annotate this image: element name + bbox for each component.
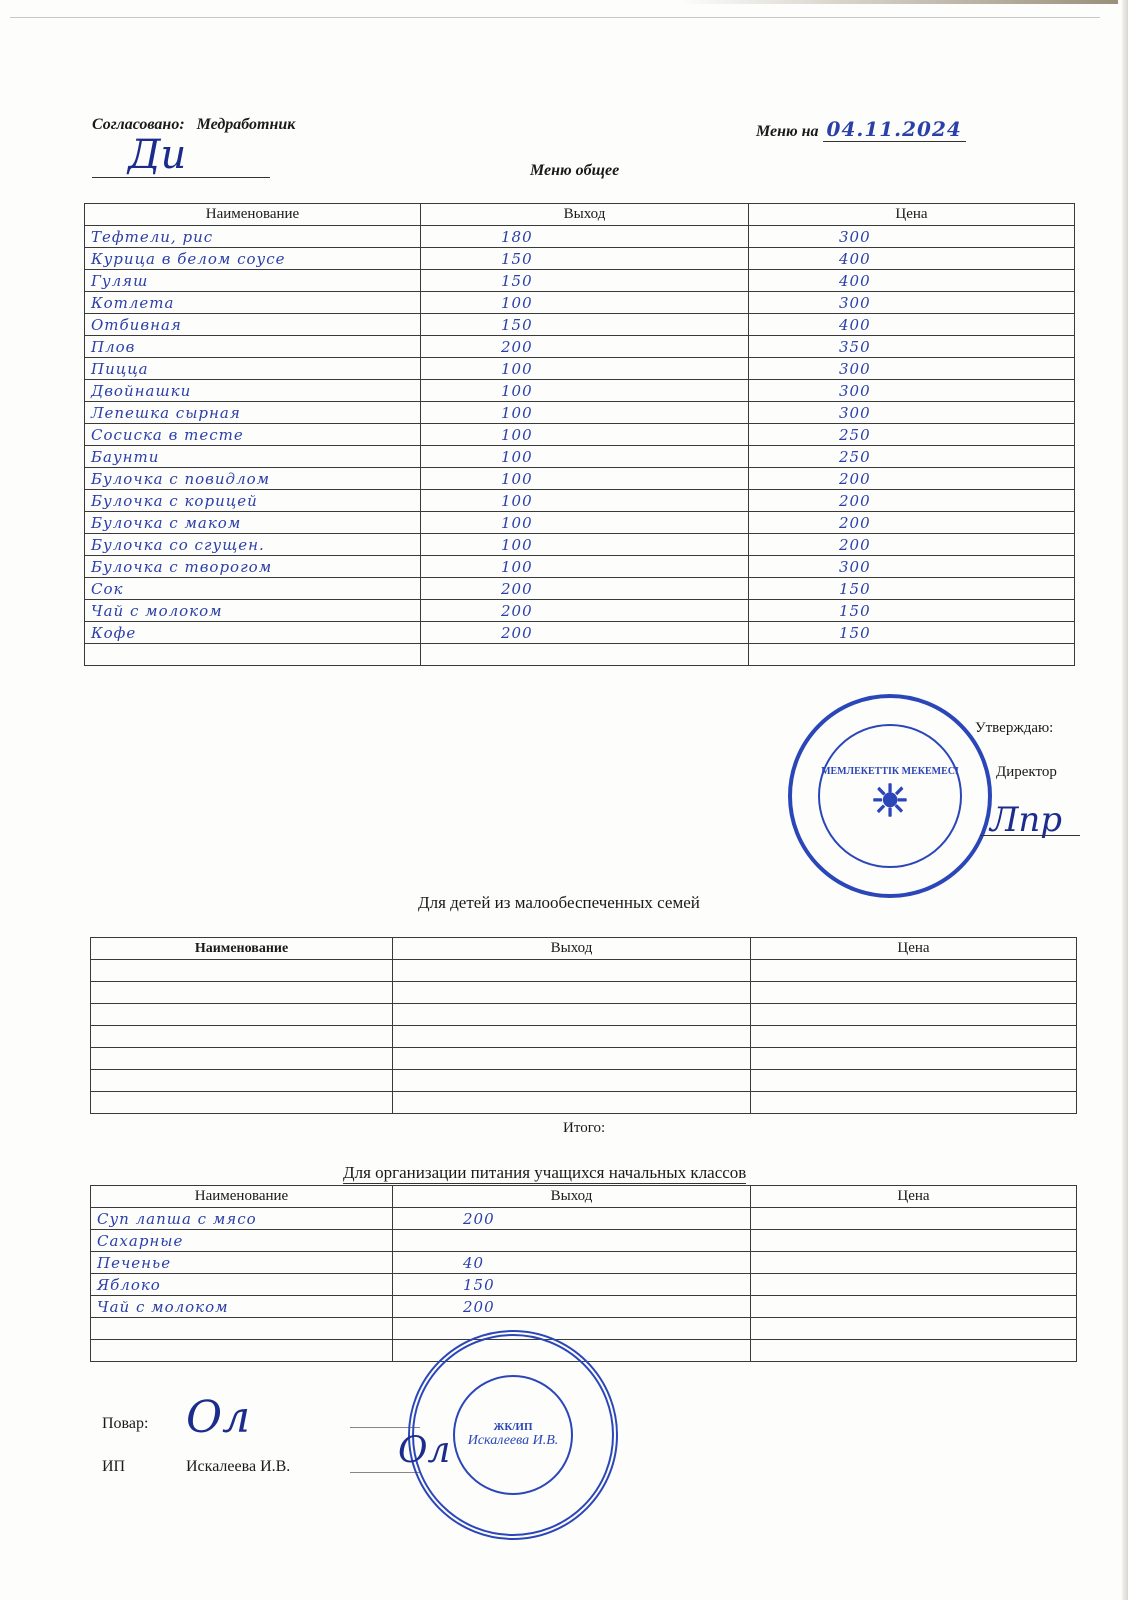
item-yield [393,1070,751,1092]
table-row: Булочка со сгущен.100200 [85,534,1075,556]
scan-edge [1122,0,1128,1600]
item-yield: 180 [421,226,749,248]
ip-label: ИП [102,1458,125,1476]
table-row [91,1048,1077,1070]
director-signature-line [980,835,1080,836]
item-price [751,1208,1077,1230]
item-yield: 100 [421,512,749,534]
item-yield: 100 [421,468,749,490]
table-row: Лепешка сырная100300 [85,402,1075,424]
table-row: Булочка с творогом100300 [85,556,1075,578]
item-yield: 200 [421,622,749,644]
menu-for-label: Меню на [756,123,819,140]
item-name [91,1318,393,1340]
item-price [751,1070,1077,1092]
item-yield: 100 [421,292,749,314]
item-yield: 100 [421,380,749,402]
item-yield [393,1318,751,1340]
table-row: Тефтели, рис180300 [85,226,1075,248]
item-name [85,644,421,666]
approved-label: Согласовано: [92,116,185,133]
item-name [91,1070,393,1092]
approved-role: Медработник [197,116,296,133]
table-row: Кофе200150 [85,622,1075,644]
item-yield: 100 [421,446,749,468]
table-row: Суп лапша с мясо200 [91,1208,1077,1230]
table-row [91,982,1077,1004]
item-name [91,1026,393,1048]
item-price: 200 [749,490,1075,512]
item-name: Булочка с маком [85,512,421,534]
item-yield [393,1026,751,1048]
general-menu-table: Наименование Выход Цена Тефтели, рис1803… [84,203,1075,666]
low-income-title: Для детей из малообеспеченных семей [418,893,700,913]
item-price: 300 [749,226,1075,248]
item-price [751,1274,1077,1296]
item-price [751,1296,1077,1318]
director-signature: Лпр [990,800,1062,840]
table-row: Курица в белом соусе150400 [85,248,1075,270]
item-name: Отбивная [85,314,421,336]
item-price: 400 [749,314,1075,336]
item-price: 200 [749,468,1075,490]
item-yield: 150 [393,1274,751,1296]
item-price: 400 [749,248,1075,270]
cook-signature-line-2 [350,1472,420,1473]
item-yield: 100 [421,534,749,556]
scan-shadow [678,0,1118,4]
table-row [91,1070,1077,1092]
item-yield: 100 [421,424,749,446]
ip-stamp-name: Искалеева И.В. [468,1433,559,1449]
menu-date: 04.11.2024 [823,117,966,142]
item-name: Сок [85,578,421,600]
item-yield: 100 [421,556,749,578]
item-price [751,960,1077,982]
col-header-yield: Выход [393,1186,751,1208]
item-name: Гуляш [85,270,421,292]
col-header-name: Наименование [91,938,393,960]
item-price: 250 [749,446,1075,468]
item-name: Чай с молоком [85,600,421,622]
item-name: Булочка с корицей [85,490,421,512]
item-name: Булочка со сгущен. [85,534,421,556]
item-yield [393,960,751,982]
item-yield: 200 [421,600,749,622]
item-yield: 150 [421,248,749,270]
item-name [91,1048,393,1070]
table-row: Булочка с корицей100200 [85,490,1075,512]
school-stamp: МЕМЛЕКЕТТІК МЕКЕМЕСІ ☀ [788,694,992,898]
item-name: Печенье [91,1252,393,1274]
item-price: 300 [749,380,1075,402]
item-name [91,1340,393,1362]
emblem-icon: ☀ [870,777,909,827]
approve-label: Утверждаю: [975,720,1053,737]
item-price: 300 [749,292,1075,314]
school-stamp-text: МЕМЛЕКЕТТІК МЕКЕМЕСІ [821,766,959,777]
table-row: Сахарные [91,1230,1077,1252]
item-yield: 200 [393,1208,751,1230]
table-row: Чай с молоком200 [91,1296,1077,1318]
item-yield [393,982,751,1004]
col-header-price: Цена [751,938,1077,960]
item-name: Баунти [85,446,421,468]
total-label: Итого: [563,1120,605,1137]
item-price: 150 [749,600,1075,622]
item-yield [393,1092,751,1114]
item-yield: 200 [393,1296,751,1318]
item-name: Булочка с творогом [85,556,421,578]
table-row: Плов200350 [85,336,1075,358]
item-yield [393,1048,751,1070]
medic-signature: Дu [128,132,186,178]
item-name [91,960,393,982]
low-income-table: Наименование Выход Цена [90,937,1077,1114]
item-name: Сахарные [91,1230,393,1252]
table-row: Чай с молоком200150 [85,600,1075,622]
item-name: Лепешка сырная [85,402,421,424]
item-name: Булочка с повидлом [85,468,421,490]
primary-school-table: Наименование Выход Цена Суп лапша с мясо… [90,1185,1077,1362]
item-yield [393,1004,751,1026]
table-row: Булочка с повидлом100200 [85,468,1075,490]
item-price: 150 [749,622,1075,644]
col-header-price: Цена [751,1186,1077,1208]
table-row: Печенье40 [91,1252,1077,1274]
item-price: 300 [749,402,1075,424]
col-header-name: Наименование [85,204,421,226]
item-price: 200 [749,512,1075,534]
item-price: 200 [749,534,1075,556]
item-name: Чай с молоком [91,1296,393,1318]
item-name: Сосиска в тесте [85,424,421,446]
page-edge-line [10,17,1100,18]
item-yield [421,644,749,666]
item-price: 250 [749,424,1075,446]
cook-name: Искалеева И.В. [186,1458,290,1476]
table-row: Сок200150 [85,578,1075,600]
item-yield: 100 [421,402,749,424]
item-price [751,982,1077,1004]
item-yield: 100 [421,358,749,380]
col-header-yield: Выход [421,204,749,226]
item-price: 350 [749,336,1075,358]
item-yield [393,1230,751,1252]
table-row: Двойнашки100300 [85,380,1075,402]
ip-stamp-type: ЖК/ИП [493,1421,532,1433]
director-label: Директор [996,764,1057,781]
item-name: Двойнашки [85,380,421,402]
medic-signature-line [92,177,270,178]
item-name: Котлета [85,292,421,314]
item-name: Яблоко [91,1274,393,1296]
item-name: Плов [85,336,421,358]
item-yield: 150 [421,314,749,336]
item-price: 300 [749,358,1075,380]
table-row: Гуляш150400 [85,270,1075,292]
cook-label: Повар: [102,1415,148,1433]
item-price: 300 [749,556,1075,578]
table-row [91,1026,1077,1048]
table-row [91,1092,1077,1114]
item-price: 400 [749,270,1075,292]
item-price [751,1340,1077,1362]
item-name: Тефтели, рис [85,226,421,248]
col-header-price: Цена [749,204,1075,226]
table-row: Пицца100300 [85,358,1075,380]
item-yield: 200 [421,336,749,358]
item-price [751,1252,1077,1274]
item-name: Суп лапша с мясо [91,1208,393,1230]
table-row: Яблоко150 [91,1274,1077,1296]
table-row: Отбивная150400 [85,314,1075,336]
item-name: Курица в белом соусе [85,248,421,270]
item-price [751,1092,1077,1114]
table-row: Булочка с маком100200 [85,512,1075,534]
primary-school-title: Для организации питания учащихся начальн… [343,1163,746,1184]
item-yield: 100 [421,490,749,512]
item-name [91,1004,393,1026]
item-name: Пицца [85,358,421,380]
item-name [91,1092,393,1114]
item-price [751,1004,1077,1026]
item-price [751,1048,1077,1070]
ip-signature: Ол [398,1430,450,1471]
item-price: 150 [749,578,1075,600]
item-name [91,982,393,1004]
item-price [751,1026,1077,1048]
general-menu-title: Меню общее [530,162,619,180]
table-row: Сосиска в тесте100250 [85,424,1075,446]
col-header-yield: Выход [393,938,751,960]
table-row [85,644,1075,666]
cook-signature: Ол [186,1392,250,1443]
item-name: Кофе [85,622,421,644]
item-yield: 200 [421,578,749,600]
item-price [751,1230,1077,1252]
col-header-name: Наименование [91,1186,393,1208]
table-row [91,960,1077,982]
approved-block: Согласовано: Медработник [92,116,295,134]
item-yield: 150 [421,270,749,292]
table-row [91,1318,1077,1340]
item-price [749,644,1075,666]
table-row: Котлета100300 [85,292,1075,314]
menu-date-block: Меню на 04.11.2024 [756,117,966,141]
table-row [91,1004,1077,1026]
item-yield: 40 [393,1252,751,1274]
item-price [751,1318,1077,1340]
table-row: Баунти100250 [85,446,1075,468]
